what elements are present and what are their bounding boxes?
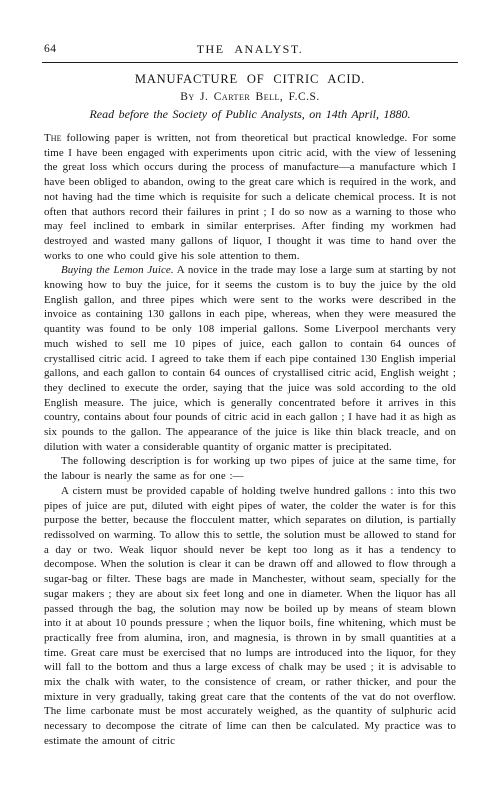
article-subtitle: Read before the Society of Public Analys… [44,107,456,122]
paragraph-lead-word: The [44,132,62,144]
running-head: 64 THE ANALYST. [44,42,456,58]
paragraph-text: The following description is for working… [44,455,456,482]
paragraph-description-note: The following description is for working… [44,454,456,483]
article-title: MANUFACTURE OF CITRIC ACID. [44,72,456,87]
paragraph-cistern-process: A cistern must be provided capable of ho… [44,484,456,749]
article-byline: By J. Carter Bell, F.C.S. [44,91,456,103]
header-rule [42,62,458,63]
journal-title: THE ANALYST. [44,42,456,57]
paragraph-text: following paper is written, not from the… [44,132,456,262]
article: MANUFACTURE OF CITRIC ACID. By J. Carter… [44,72,456,749]
paragraph-lead-heading: Buying the Lemon Juice. [61,264,174,276]
article-body: The following paper is written, not from… [44,131,456,749]
paragraph-text: A novice in the trade may lose a large s… [44,264,456,452]
paragraph-buying-lemon-juice: Buying the Lemon Juice. A novice in the … [44,263,456,454]
paragraph-intro: The following paper is written, not from… [44,131,456,263]
page-number: 64 [44,43,57,55]
paragraph-text: A cistern must be provided capable of ho… [44,485,456,747]
journal-page: 64 THE ANALYST. MANUFACTURE OF CITRIC AC… [0,0,500,792]
